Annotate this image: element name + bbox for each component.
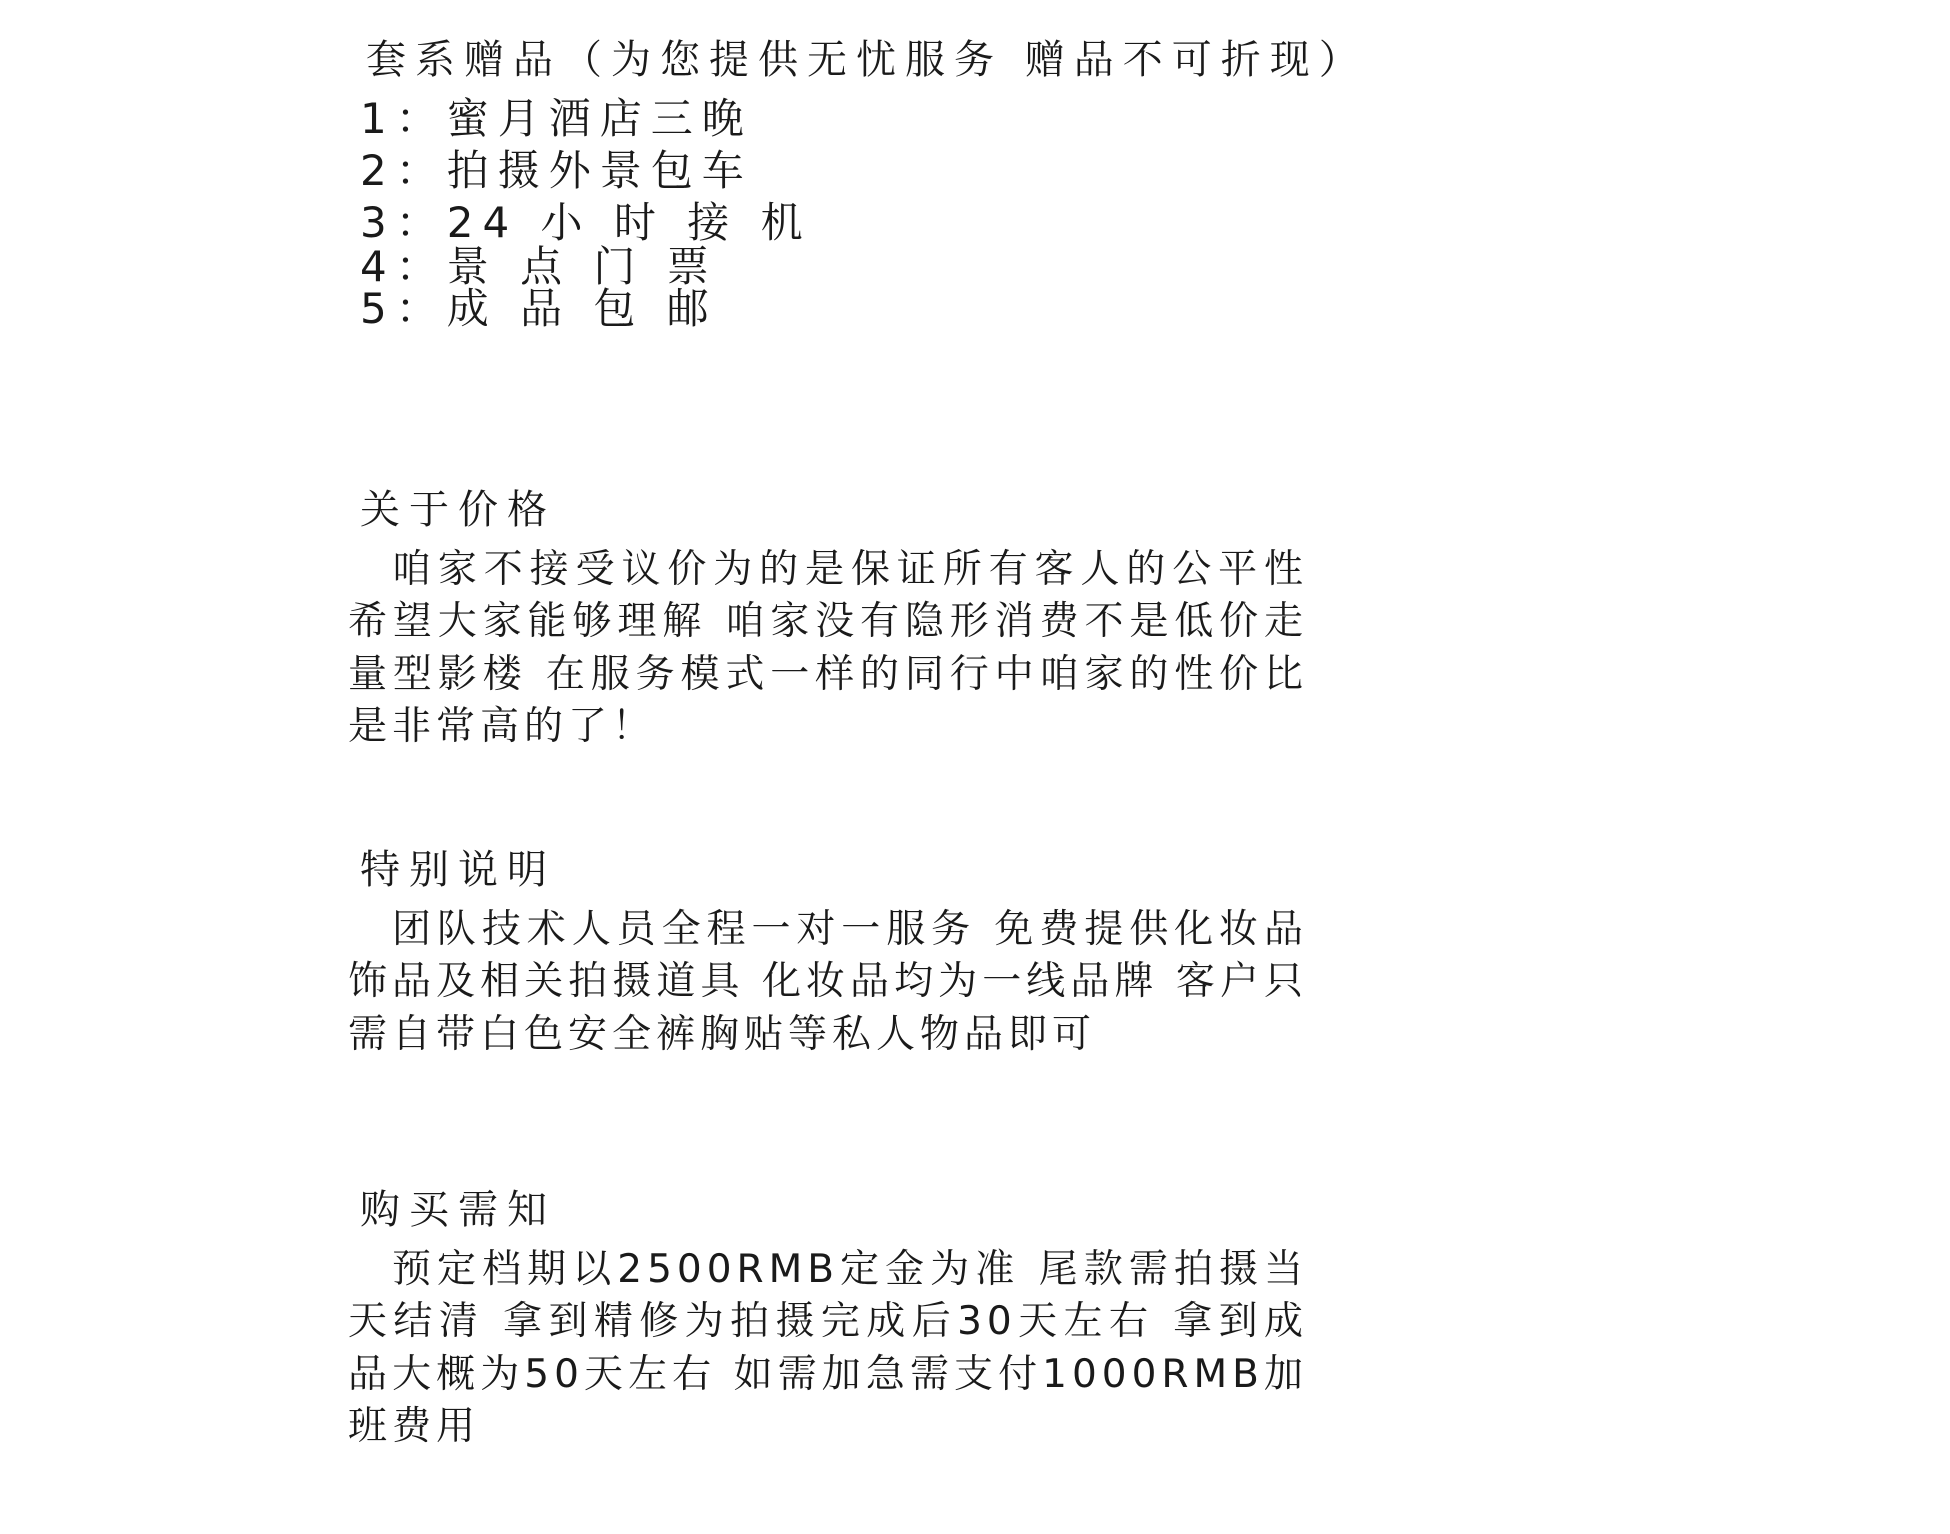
- section-price: 关于价格 咱家不接受议价为的是保证所有客人的公平性希望大家能够理解 咱家没有隐形…: [348, 486, 1308, 753]
- price-heading: 关于价格: [360, 486, 1308, 534]
- special-notes-heading: 特别说明: [360, 846, 1308, 894]
- purchase-notes-heading: 购买需知: [360, 1186, 1308, 1234]
- gift-item-tickets: 4：景 点 门 票: [360, 246, 1312, 288]
- special-notes-body: 团队技术人员全程一对一服务 免费提供化妆品饰品及相关拍摄道具 化妆品均为一线品牌…: [348, 904, 1308, 1061]
- gift-item-honeymoon-hotel: 1：蜜月酒店三晚: [360, 98, 1312, 140]
- gift-item-location-car: 2：拍摄外景包车: [360, 150, 1312, 192]
- section-special-notes: 特别说明 团队技术人员全程一对一服务 免费提供化妆品饰品及相关拍摄道具 化妆品均…: [348, 846, 1308, 1061]
- section-purchase-notes: 购买需知 预定档期以2500RMB定金为准 尾款需拍摄当天结清 拿到精修为拍摄完…: [348, 1186, 1308, 1453]
- gifts-heading: 套系赠品（为您提供无忧服务 赠品不可折现）: [366, 36, 1312, 84]
- section-gifts: 套系赠品（为您提供无忧服务 赠品不可折现） 1：蜜月酒店三晚 2：拍摄外景包车 …: [352, 36, 1312, 336]
- gift-item-airport-pickup: 3：24 小 时 接 机: [360, 202, 1312, 244]
- gifts-list: 1：蜜月酒店三晚 2：拍摄外景包车 3：24 小 时 接 机 4：景 点 门 票…: [352, 98, 1312, 330]
- price-body: 咱家不接受议价为的是保证所有客人的公平性希望大家能够理解 咱家没有隐形消费不是低…: [348, 544, 1308, 753]
- gift-item-free-shipping: 5：成 品 包 邮: [360, 288, 1312, 330]
- document-page: { "page": { "background_color": "#ffffff…: [0, 0, 1950, 1534]
- purchase-notes-body: 预定档期以2500RMB定金为准 尾款需拍摄当天结清 拿到精修为拍摄完成后30天…: [348, 1244, 1308, 1453]
